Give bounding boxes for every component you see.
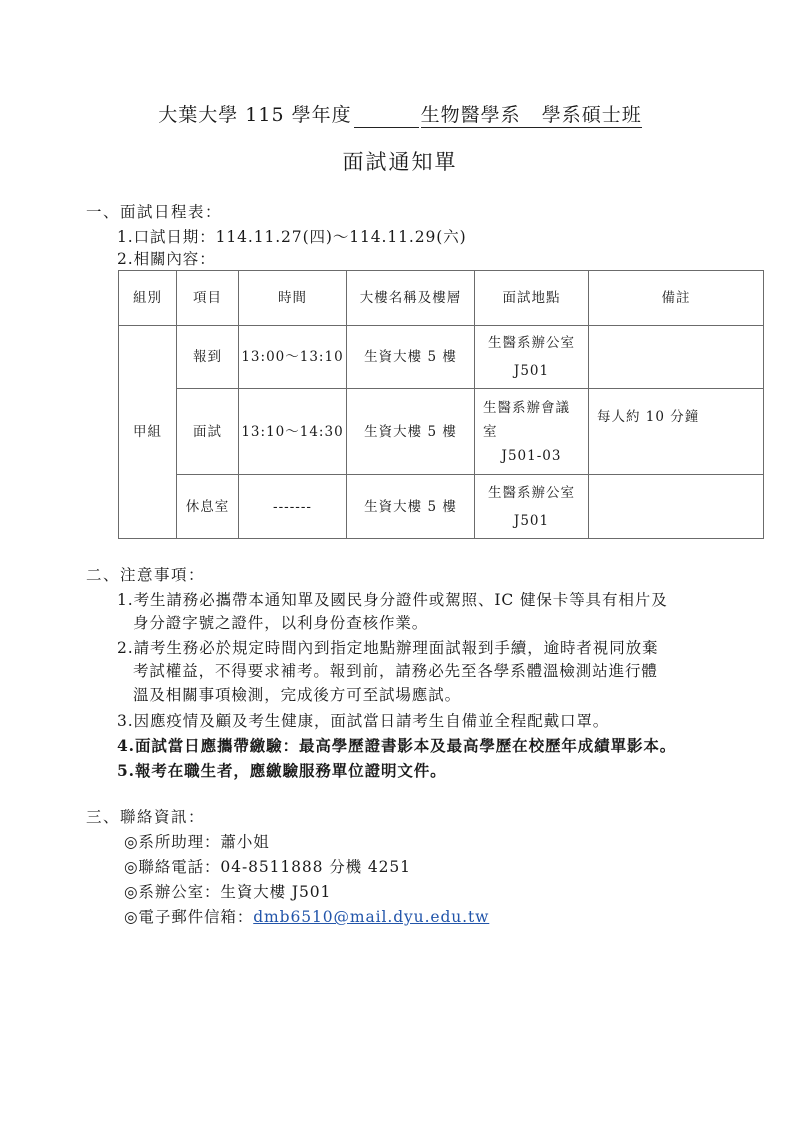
item-cell: 面試 — [177, 389, 239, 475]
building-cell: 生資大樓 5 樓 — [347, 475, 475, 539]
location-line2: J501 — [475, 357, 588, 385]
title-prefix: 大葉大學 115 學年度 — [158, 104, 351, 126]
location-cell: 生醫系辦公室 J501 — [475, 475, 589, 539]
notice-1-line1: 1.考生請務必攜帶本通知單及國民身分證件或駕照、IC 健保卡等具有相片及 — [117, 588, 668, 610]
document-title: 大葉大學 115 學年度生物醫學系 學系碩士班 — [0, 100, 800, 128]
interview-date: 1.口試日期：114.11.27(四)～114.11.29(六) — [117, 225, 467, 247]
header-time: 時間 — [239, 271, 347, 326]
notice-3: 3.因應疫情及顧及考生健康，面試當日請考生自備並全程配戴口罩。 — [117, 709, 609, 731]
location-line1b: 室 — [483, 422, 588, 442]
header-group: 組別 — [119, 271, 177, 326]
group-cell: 甲組 — [119, 326, 177, 539]
notice-4: 4.面試當日應攜帶繳驗：最高學歷證書影本及最高學歷在校歷年成績單影本。 — [117, 734, 676, 756]
contact-assistant: ◎系所助理：蕭小姐 — [124, 830, 270, 852]
contact-email-label: ◎電子郵件信箱： — [124, 908, 253, 926]
location-line2: J501-03 — [483, 442, 588, 470]
contact-office: ◎系辦公室：生資大樓 J501 — [124, 880, 331, 902]
time-cell: ------- — [239, 475, 347, 539]
location-line2: J501 — [475, 507, 588, 535]
location-line1: 生醫系辦會議 — [483, 394, 588, 422]
header-item: 項目 — [177, 271, 239, 326]
department-name: 生物醫學系 — [421, 104, 521, 126]
location-cell: 生醫系辦公室 J501 — [475, 326, 589, 389]
related-content-heading: 2.相關內容： — [117, 247, 216, 269]
section1-heading: 一、面試日程表： — [86, 200, 222, 222]
document-subtitle: 面試通知單 — [0, 146, 800, 176]
notice-5: 5.報考在職生者，應繳驗服務單位證明文件。 — [117, 759, 447, 781]
location-line1: 生醫系辦公室 — [475, 329, 588, 357]
notice-2-line3: 溫及相關事項檢測，完成後方可至試場應試。 — [133, 683, 461, 705]
header-location: 面試地點 — [475, 271, 589, 326]
time-cell: 13:10～14:30 — [239, 389, 347, 475]
contact-phone: ◎聯絡電話：04-8511888 分機 4251 — [124, 855, 411, 877]
note-cell — [589, 475, 764, 539]
location-cell: 生醫系辦會議 室 J501-03 — [475, 389, 589, 475]
table-header-row: 組別 項目 時間 大樓名稱及樓層 面試地點 備註 — [119, 271, 764, 326]
item-cell: 休息室 — [177, 475, 239, 539]
notice-1-line2: 身分證字號之證件，以利身份查核作業。 — [133, 611, 428, 633]
item-cell: 報到 — [177, 326, 239, 389]
note-cell — [589, 326, 764, 389]
title-blank-underline — [354, 107, 419, 128]
table-row: 甲組 報到 13:00～13:10 生資大樓 5 樓 生醫系辦公室 J501 — [119, 326, 764, 389]
section2-heading: 二、注意事項： — [86, 563, 205, 585]
building-cell: 生資大樓 5 樓 — [347, 326, 475, 389]
note-cell: 每人約 10 分鐘 — [589, 389, 764, 475]
title-department: 生物醫學系 學系碩士班 — [421, 100, 642, 128]
time-cell: 13:00～13:10 — [239, 326, 347, 389]
section3-heading: 三、聯絡資訊： — [86, 805, 205, 827]
building-cell: 生資大樓 5 樓 — [347, 389, 475, 475]
program-name: 學系碩士班 — [542, 104, 642, 126]
notice-2-line2: 考試權益，不得要求補考。報到前，請務必先至各學系體溫檢測站進行體 — [133, 659, 658, 681]
table-row: 休息室 ------- 生資大樓 5 樓 生醫系辦公室 J501 — [119, 475, 764, 539]
table-row: 面試 13:10～14:30 生資大樓 5 樓 生醫系辦會議 室 J501-03… — [119, 389, 764, 475]
header-notes: 備註 — [589, 271, 764, 326]
header-building: 大樓名稱及樓層 — [347, 271, 475, 326]
schedule-table: 組別 項目 時間 大樓名稱及樓層 面試地點 備註 甲組 報到 13:00～13:… — [118, 270, 764, 539]
notice-2-line1: 2.請考生務必於規定時間內到指定地點辦理面試報到手續，逾時者視同放棄 — [117, 636, 658, 658]
contact-email-link[interactable]: dmb6510@mail.dyu.edu.tw — [253, 908, 489, 926]
contact-email-row: ◎電子郵件信箱：dmb6510@mail.dyu.edu.tw — [124, 905, 489, 927]
location-line1: 生醫系辦公室 — [475, 479, 588, 507]
